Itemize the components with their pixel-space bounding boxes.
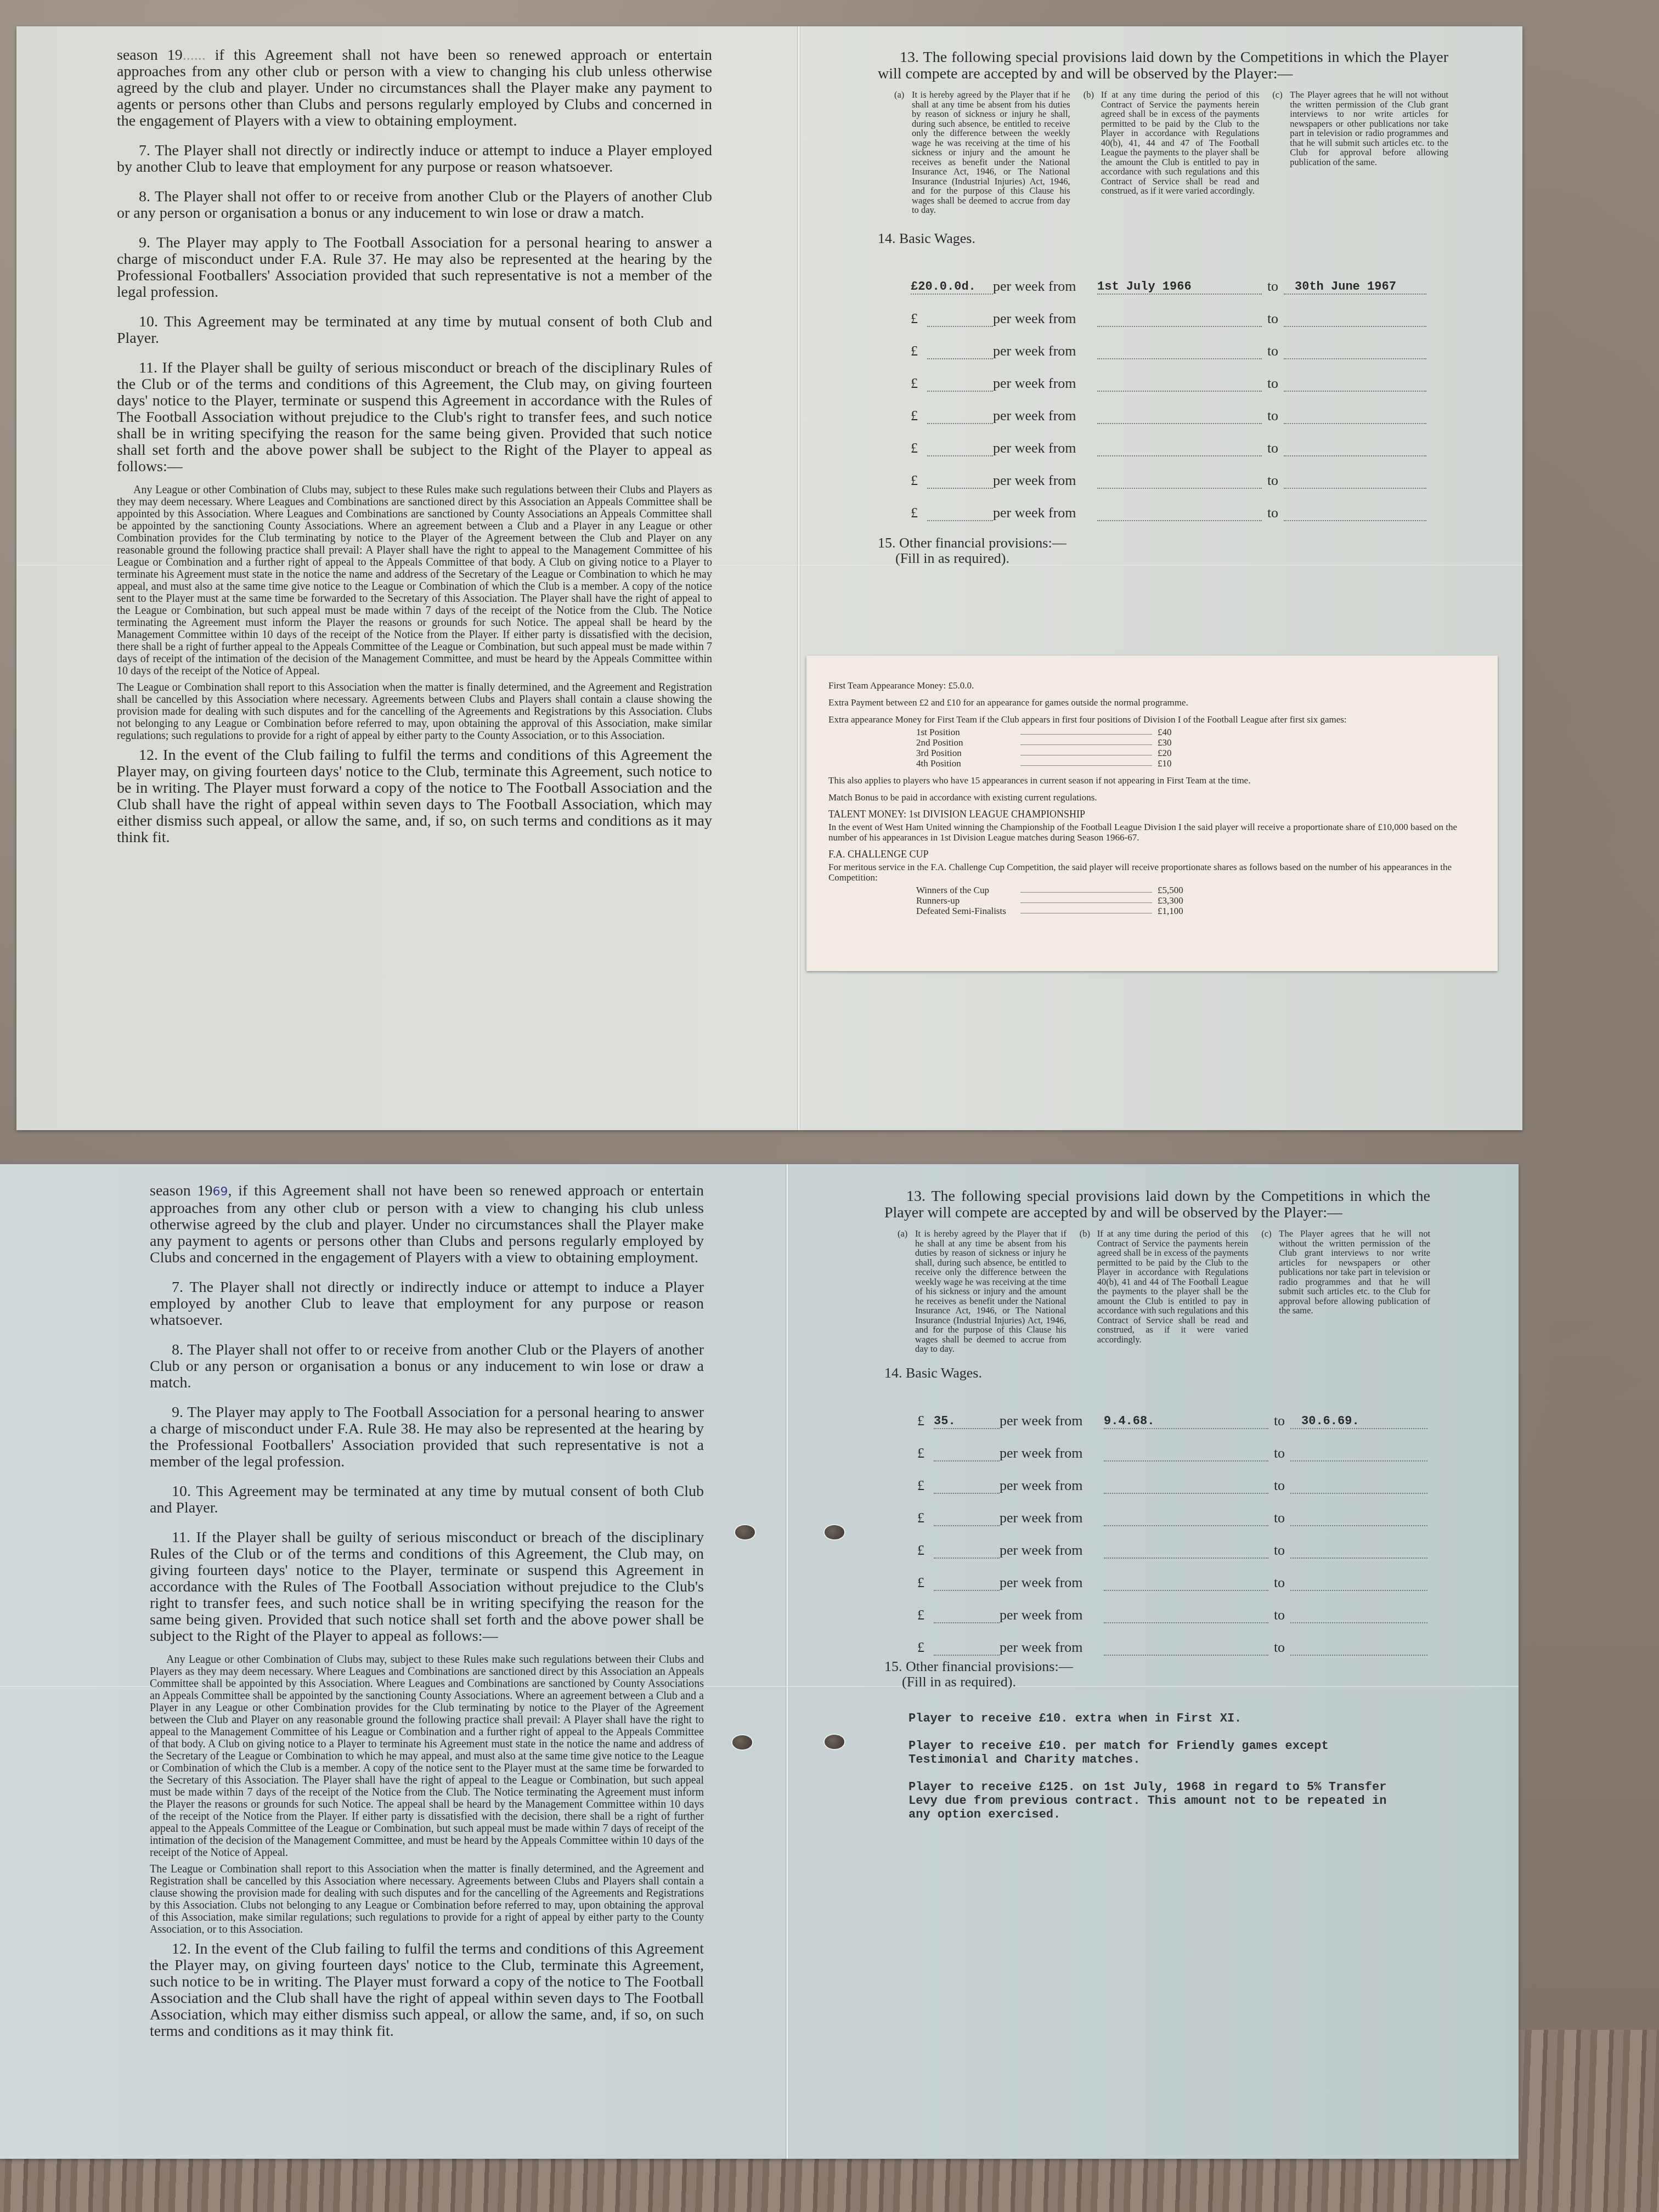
fa-cup-title: F.A. CHALLENGE CUP	[828, 849, 1476, 860]
clause-11: 11. If the Player shall be guilty of ser…	[150, 1530, 704, 1645]
basic-wages-table: £35.per week from9.4.68.to30.6.69.£per w…	[884, 1397, 1427, 1656]
wage-row: £per week fromto	[917, 1623, 1427, 1656]
per-week-from-label: per week from	[993, 440, 1097, 456]
punch-hole	[825, 1525, 844, 1539]
pound-sign: £	[911, 311, 927, 327]
fa-cup-shares: Winners of the Cup£5,500Runners-up£3,300…	[916, 885, 1476, 916]
wage-to-date-field	[1290, 1590, 1427, 1591]
fa-cup-text: For meritous service in the F.A. Challen…	[828, 862, 1476, 883]
position-bonus: 4th Position£10	[916, 758, 1190, 769]
special-provisions: (a)It is hereby agreed by the Player tha…	[884, 1229, 1430, 1354]
typed-financial-provisions: Player to receive £10. extra when in Fir…	[909, 1712, 1402, 1821]
to-label: to	[1268, 1477, 1290, 1494]
provision-a: (a)It is hereby agreed by the Player tha…	[894, 90, 1070, 215]
cup-share: Winners of the Cup£5,500	[916, 885, 1190, 895]
appeal-paragraph-2: The League or Combination shall report t…	[117, 681, 712, 742]
pound-sign: £	[917, 1510, 934, 1526]
to-label: to	[1262, 278, 1284, 295]
contract-sheet-1968: season 1969, if this Agreement shall not…	[0, 1164, 1519, 2159]
left-page-1968: season 1969, if this Agreement shall not…	[150, 1183, 704, 2053]
cup-share-value: £3,300	[1158, 895, 1190, 906]
per-week-from-label: per week from	[1000, 1510, 1104, 1526]
basic-wages-title: 14. Basic Wages.	[884, 1365, 1430, 1381]
wage-row: £20.0.0d.per week from1st July 1966to30t…	[911, 262, 1426, 295]
pound-sign: £	[911, 408, 927, 424]
clause-13: 13. The following special provisions lai…	[878, 49, 1448, 82]
wage-from-date-field	[1104, 1460, 1268, 1462]
wage-row: £per week fromto	[917, 1559, 1427, 1591]
per-week-from-label: per week from	[993, 343, 1097, 359]
wage-row: £per week fromto	[917, 1494, 1427, 1526]
pound-sign: £	[911, 343, 927, 359]
wage-amount-field	[934, 1590, 1000, 1591]
wage-from-date-field	[1097, 488, 1262, 489]
position-bonus: 3rd Position£20	[916, 748, 1190, 758]
pound-sign: £	[917, 1445, 934, 1462]
to-label: to	[1268, 1607, 1290, 1623]
per-week-from-label: per week from	[1000, 1639, 1104, 1656]
match-bonus: Match Bonus to be paid in accordance wit…	[828, 792, 1476, 803]
wage-row: £35.per week from9.4.68.to30.6.69.	[917, 1397, 1427, 1429]
per-week-from-label: per week from	[993, 408, 1097, 424]
leader-line	[1020, 895, 1152, 903]
wage-row: £per week fromto	[911, 424, 1426, 456]
leader-line	[1020, 758, 1152, 766]
wage-amount-field	[927, 391, 993, 392]
to-label: to	[1262, 440, 1284, 456]
wage-from-date-field	[1104, 1525, 1268, 1526]
wage-amount-field	[934, 1493, 1000, 1494]
pound-sign: £	[917, 1477, 934, 1494]
clause-9: 9. The Player may apply to The Football …	[117, 235, 712, 301]
to-label: to	[1262, 311, 1284, 327]
position-bonus-label: 1st Position	[916, 727, 1020, 737]
wage-to-date-field	[1290, 1558, 1427, 1559]
wage-to-date-field: 30.6.69.	[1290, 1414, 1427, 1429]
wage-row: £per week fromto	[917, 1526, 1427, 1559]
center-fold	[786, 1164, 789, 2159]
punch-hole	[732, 1735, 752, 1750]
leader-line	[1020, 885, 1152, 893]
leader-line	[1020, 737, 1152, 745]
cup-share: Defeated Semi-Finalists£1,100	[916, 906, 1190, 916]
clause-13: 13. The following special provisions lai…	[884, 1188, 1430, 1221]
clause-12: 12. In the event of the Club failing to …	[117, 747, 712, 846]
clause-10: 10. This Agreement may be terminated at …	[150, 1483, 704, 1516]
wage-amount-field	[927, 358, 993, 359]
wage-from-date-field	[1104, 1622, 1268, 1623]
provision-b: (b)If at any time during the period of t…	[1084, 90, 1260, 215]
extra-appearance: Extra appearance Money for First Team if…	[828, 714, 1476, 725]
wage-from-date-field	[1097, 455, 1262, 456]
wage-from-date-field: 9.4.68.	[1104, 1414, 1268, 1429]
to-label: to	[1262, 505, 1284, 521]
wage-from-date-field	[1104, 1493, 1268, 1494]
wage-amount-field	[927, 520, 993, 521]
clause-10: 10. This Agreement may be terminated at …	[117, 314, 712, 347]
left-page-1966: season 19...... if this Agreement shall …	[117, 47, 712, 859]
wage-row: £per week fromto	[911, 359, 1426, 392]
pound-sign: £	[911, 375, 927, 392]
cup-share-label: Winners of the Cup	[916, 885, 1020, 895]
wage-to-date-field	[1290, 1460, 1427, 1462]
pound-sign: £	[917, 1542, 934, 1559]
appeal-paragraph-1: Any League or other Combination of Clubs…	[150, 1654, 704, 1859]
league-position-bonuses: 1st Position£402nd Position£303rd Positi…	[916, 727, 1476, 769]
punch-hole	[825, 1735, 844, 1749]
wage-amount-field	[927, 488, 993, 489]
season-clause: season 19...... if this Agreement shall …	[117, 47, 712, 129]
other-financial-subtitle: (Fill in as required).	[878, 551, 1448, 566]
to-label: to	[1268, 1542, 1290, 1559]
wage-amount-field	[927, 423, 993, 424]
per-week-from-label: per week from	[993, 472, 1097, 489]
provision-c: (c)The Player agrees that he will not wi…	[1272, 90, 1448, 215]
per-week-from-label: per week from	[1000, 1445, 1104, 1462]
attached-bonus-slip: First Team Appearance Money: £5.0.0. Ext…	[806, 656, 1498, 971]
clause-12: 12. In the event of the Club failing to …	[150, 1941, 704, 2040]
wage-amount-field	[927, 455, 993, 456]
per-week-from-label: per week from	[1000, 1575, 1104, 1591]
cup-share-value: £5,500	[1158, 885, 1190, 895]
position-bonus-label: 3rd Position	[916, 748, 1020, 758]
clause-8: 8. The Player shall not offer to or rece…	[117, 189, 712, 222]
pound-sign: £	[911, 472, 927, 489]
position-bonus: 2nd Position£30	[916, 737, 1190, 748]
wage-to-date-field	[1284, 326, 1426, 327]
wage-row: £per week fromto	[917, 1462, 1427, 1494]
wage-from-date-field	[1097, 326, 1262, 327]
wage-to-date-field	[1284, 520, 1426, 521]
special-provisions: (a)It is hereby agreed by the Player tha…	[878, 90, 1448, 215]
appeal-paragraph-1: Any League or other Combination of Clubs…	[117, 484, 712, 677]
to-label: to	[1268, 1575, 1290, 1591]
per-week-from-label: per week from	[1000, 1477, 1104, 1494]
appeals-section: Any League or other Combination of Clubs…	[150, 1654, 704, 1936]
wage-row: £per week fromto	[911, 392, 1426, 424]
season-clause: season 1969, if this Agreement shall not…	[150, 1183, 704, 1266]
right-page-1968: 13. The following special provisions lai…	[884, 1188, 1430, 1835]
pound-sign: £	[917, 1413, 934, 1429]
wage-from-date-field	[1097, 358, 1262, 359]
wage-to-date-field	[1290, 1655, 1427, 1656]
position-bonus: 1st Position£40	[916, 727, 1190, 737]
also-applies: This also applies to players who have 15…	[828, 775, 1476, 786]
position-bonus-label: 2nd Position	[916, 737, 1020, 748]
to-label: to	[1268, 1510, 1290, 1526]
right-page-1966: 13. The following special provisions lai…	[878, 49, 1448, 566]
clause-7: 7. The Player shall not directly or indi…	[117, 143, 712, 176]
wage-to-date-field	[1284, 455, 1426, 456]
to-label: to	[1262, 375, 1284, 392]
wage-to-date-field	[1290, 1493, 1427, 1494]
wage-to-date-field	[1290, 1622, 1427, 1623]
per-week-from-label: per week from	[993, 375, 1097, 392]
handwritten-year: 69	[213, 1185, 228, 1199]
wage-to-date-field	[1284, 358, 1426, 359]
leader-line	[1020, 906, 1152, 913]
pound-sign: £	[917, 1575, 934, 1591]
wage-row: £per week fromto	[911, 456, 1426, 489]
basic-wages-title: 14. Basic Wages.	[878, 230, 1448, 247]
punch-hole	[735, 1525, 755, 1539]
position-bonus-label: 4th Position	[916, 758, 1020, 769]
wage-from-date-field	[1097, 520, 1262, 521]
wage-amount-field	[934, 1558, 1000, 1559]
clause-9: 9. The Player may apply to The Football …	[150, 1404, 704, 1470]
clause-11: 11. If the Player shall be guilty of ser…	[117, 360, 712, 475]
extra-payment: Extra Payment between £2 and £10 for an …	[828, 697, 1476, 708]
appeal-paragraph-2: The League or Combination shall report t…	[150, 1863, 704, 1936]
wage-row: £per week fromto	[917, 1429, 1427, 1462]
per-week-from-label: per week from	[1000, 1413, 1104, 1429]
position-bonus-value: £30	[1158, 737, 1190, 748]
per-week-from-label: per week from	[1000, 1542, 1104, 1559]
provision-c: (c)The Player agrees that he will not wi…	[1261, 1229, 1430, 1354]
pound-sign: £	[911, 440, 927, 456]
per-week-from-label: per week from	[993, 311, 1097, 327]
to-label: to	[1262, 408, 1284, 424]
provision-b: (b)If at any time during the period of t…	[1080, 1229, 1249, 1354]
clause-7: 7. The Player shall not directly or indi…	[150, 1279, 704, 1329]
to-label: to	[1268, 1639, 1290, 1656]
wage-row: £per week fromto	[917, 1591, 1427, 1623]
position-bonus-value: £10	[1158, 758, 1190, 769]
talent-money-title: TALENT MONEY: 1st DIVISION LEAGUE CHAMPI…	[828, 809, 1476, 820]
wage-from-date-field	[1104, 1655, 1268, 1656]
pound-sign: £	[917, 1607, 934, 1623]
appeals-section: Any League or other Combination of Clubs…	[117, 484, 712, 742]
wage-to-date-field	[1284, 423, 1426, 424]
center-fold	[797, 26, 800, 1130]
wage-amount-field	[934, 1460, 1000, 1462]
typed-provision: Player to receive £10. per match for Fri…	[909, 1739, 1402, 1767]
other-financial-title: 15. Other financial provisions:—	[878, 535, 1448, 551]
wage-from-date-field: 1st July 1966	[1097, 280, 1262, 295]
wage-to-date-field	[1290, 1525, 1427, 1526]
wage-amount-field	[934, 1525, 1000, 1526]
per-week-from-label: per week from	[1000, 1607, 1104, 1623]
wage-to-date-field	[1284, 488, 1426, 489]
to-label: to	[1262, 343, 1284, 359]
wage-from-date-field	[1104, 1590, 1268, 1591]
other-financial-title: 15. Other financial provisions:—	[884, 1659, 1430, 1674]
cup-share-label: Runners-up	[916, 895, 1020, 906]
position-bonus-value: £40	[1158, 727, 1190, 737]
cup-share: Runners-up£3,300	[916, 895, 1190, 906]
cup-share-label: Defeated Semi-Finalists	[916, 906, 1020, 916]
to-label: to	[1268, 1445, 1290, 1462]
wage-from-date-field	[1104, 1558, 1268, 1559]
leader-line	[1020, 727, 1152, 735]
basic-wages-table: £20.0.0d.per week from1st July 1966to30t…	[878, 262, 1426, 521]
pound-sign: £	[917, 1639, 934, 1656]
position-bonus-value: £20	[1158, 748, 1190, 758]
cup-share-value: £1,100	[1158, 906, 1190, 916]
wage-amount-field	[934, 1622, 1000, 1623]
to-label: to	[1268, 1413, 1290, 1429]
wage-amount-field: £20.0.0d.	[911, 280, 993, 295]
to-label: to	[1262, 472, 1284, 489]
other-financial-subtitle: (Fill in as required).	[884, 1674, 1430, 1690]
leader-line	[1020, 748, 1152, 755]
wage-amount-field	[927, 326, 993, 327]
provision-a: (a)It is hereby agreed by the Player tha…	[898, 1229, 1066, 1354]
clause-8: 8. The Player shall not offer to or rece…	[150, 1342, 704, 1391]
talent-money-text: In the event of West Ham United winning …	[828, 822, 1476, 843]
typed-provision: Player to receive £125. on 1st July, 196…	[909, 1780, 1402, 1821]
wage-to-date-field: 30th June 1967	[1284, 280, 1426, 295]
per-week-from-label: per week from	[993, 278, 1097, 295]
wage-row: £per week fromto	[911, 489, 1426, 521]
wage-from-date-field	[1097, 391, 1262, 392]
per-week-from-label: per week from	[993, 505, 1097, 521]
wage-row: £per week fromto	[911, 295, 1426, 327]
wage-from-date-field	[1097, 423, 1262, 424]
wage-to-date-field	[1284, 391, 1426, 392]
appearance-money: First Team Appearance Money: £5.0.0.	[828, 680, 1476, 691]
wage-amount-field	[934, 1655, 1000, 1656]
wage-amount-field: 35.	[934, 1414, 1000, 1429]
wage-row: £per week fromto	[911, 327, 1426, 359]
typed-provision: Player to receive £10. extra when in Fir…	[909, 1712, 1402, 1725]
pound-sign: £	[911, 505, 927, 521]
